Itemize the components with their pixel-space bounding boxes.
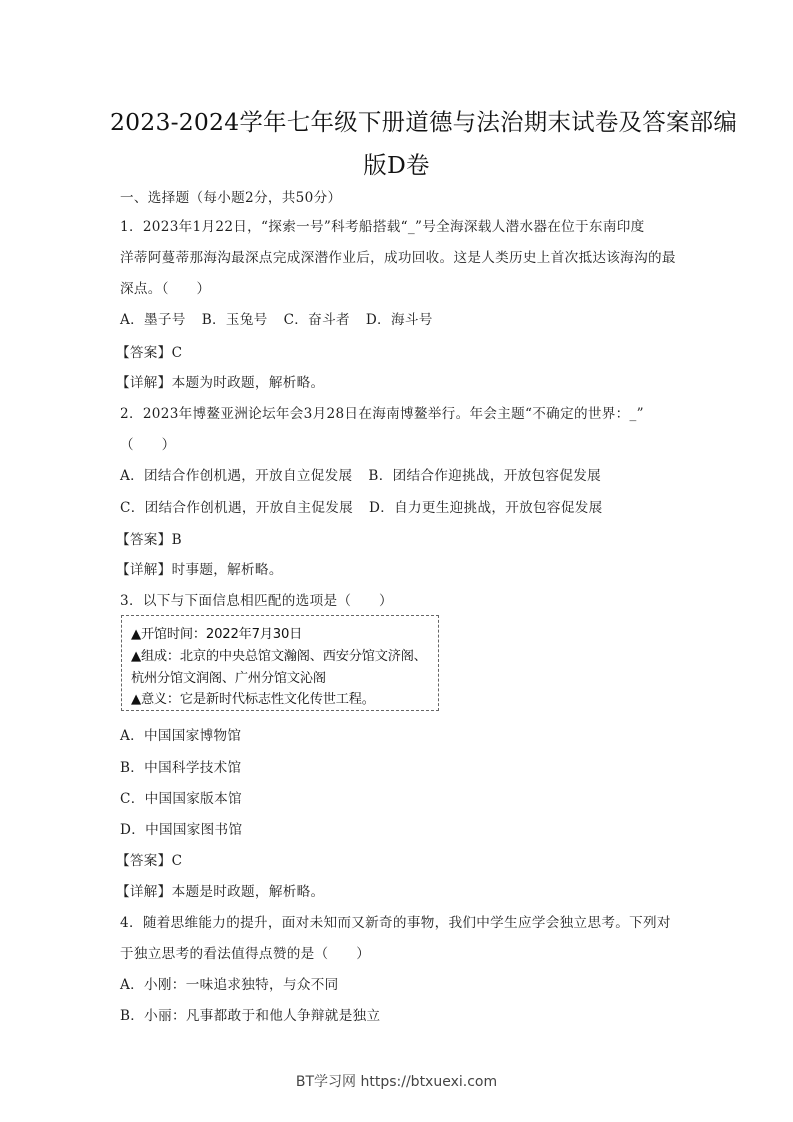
q1-option-d: D．海斗号 (366, 312, 433, 328)
q1-answer: 【答案】C (116, 341, 182, 361)
q2-stem-line1: 2．2023年博鳌亚洲论坛年会3月28日在海南博鳌举行。年会主题“不确定的世界：… (120, 402, 644, 422)
q4-option-b: B．小丽：凡事都敢于和他人争辩就是独立 (120, 1004, 380, 1024)
q2-stem-line2: （ ） (120, 433, 176, 453)
q4-option-a: A．小刚：一味追求独特，与众不同 (120, 973, 339, 993)
info-row-significance: ▲意义：它是新时代标志性文化传世工程。 (131, 688, 375, 707)
document-title-line1: 2023-2024学年七年级下册道德与法治期末试卷及答案部编 (110, 103, 683, 137)
q3-stem-line1: 3．以下与下面信息相匹配的选项是（ ） (120, 589, 393, 609)
q3-option-b: B．中国科学技术馆 (120, 756, 241, 776)
q2-options-row2: C．团结合作创机遇，开放自主促发展D．自力更生迎挑战，开放包容促发展 (120, 496, 603, 516)
q3-option-a: A．中国国家博物馆 (120, 724, 241, 744)
q3-explanation: 【详解】本题是时政题，解析略。 (116, 880, 324, 900)
q3-option-d: D．中国国家图书馆 (120, 818, 242, 838)
q3-answer: 【答案】C (116, 849, 182, 869)
document-title-line2: 版D卷 (110, 146, 683, 180)
q4-stem-line1: 4．随着思维能力的提升，面对未知而又新奇的事物，我们中学生应学会独立思考。下列对 (120, 911, 671, 931)
info-row-opening-date: ▲开馆时间：2022年7月30日 (131, 623, 302, 642)
q3-info-box: ▲开馆时间：2022年7月30日 ▲组成：北京的中央总馆文瀚阁、西安分馆文济阁、… (121, 615, 439, 711)
q2-option-c: C．团结合作创机遇，开放自主促发展 (120, 500, 353, 516)
q1-option-a: A．墨子号 (120, 312, 186, 328)
q1-explanation: 【详解】本题为时政题，解析略。 (116, 371, 324, 391)
q1-stem-line1: 1．2023年1月22日，“探索一号”科考船搭载“_”号全海深载人潜水器在位于东… (120, 215, 645, 235)
q3-option-c: C．中国国家版本馆 (120, 787, 242, 807)
q1-stem-line3: 深点。（ ） (120, 277, 210, 297)
document-page: 2023-2024学年七年级下册道德与法治期末试卷及答案部编 版D卷 一、选择题… (0, 0, 793, 1122)
q1-option-b: B．玉兔号 (202, 312, 268, 328)
section-heading: 一、选择题（每小题2分，共50分） (120, 186, 341, 206)
info-row-composition-cont: 杭州分馆文润阁、广州分馆文沁阁 (131, 667, 326, 686)
q4-stem-line2: 于独立思考的看法值得点赞的是（ ） (120, 942, 370, 962)
q1-stem-line2: 洋蒂阿蔓蒂那海沟最深点完成深潜作业后，成功回收。这是人类历史上首次抵达该海沟的最 (120, 246, 676, 266)
q2-option-a: A．团结合作创机遇，开放自立促发展 (120, 468, 352, 484)
q2-option-d: D．自力更生迎挑战，开放包容促发展 (369, 500, 603, 516)
q1-options: A．墨子号B．玉兔号C．奋斗者D．海斗号 (120, 308, 433, 328)
q1-option-c: C．奋斗者 (284, 312, 350, 328)
info-row-composition: ▲组成：北京的中央总馆文瀚阁、西安分馆文济阁、 (131, 645, 427, 664)
q2-explanation: 【详解】时事题，解析略。 (116, 558, 283, 578)
q2-options-row1: A．团结合作创机遇，开放自立促发展B．团结合作迎挑战，开放包容促发展 (120, 464, 601, 484)
q2-option-b: B．团结合作迎挑战，开放包容促发展 (368, 468, 601, 484)
footer-watermark: BT学习网 https://btxuexi.com (0, 1071, 793, 1091)
q2-answer: 【答案】B (116, 528, 182, 548)
